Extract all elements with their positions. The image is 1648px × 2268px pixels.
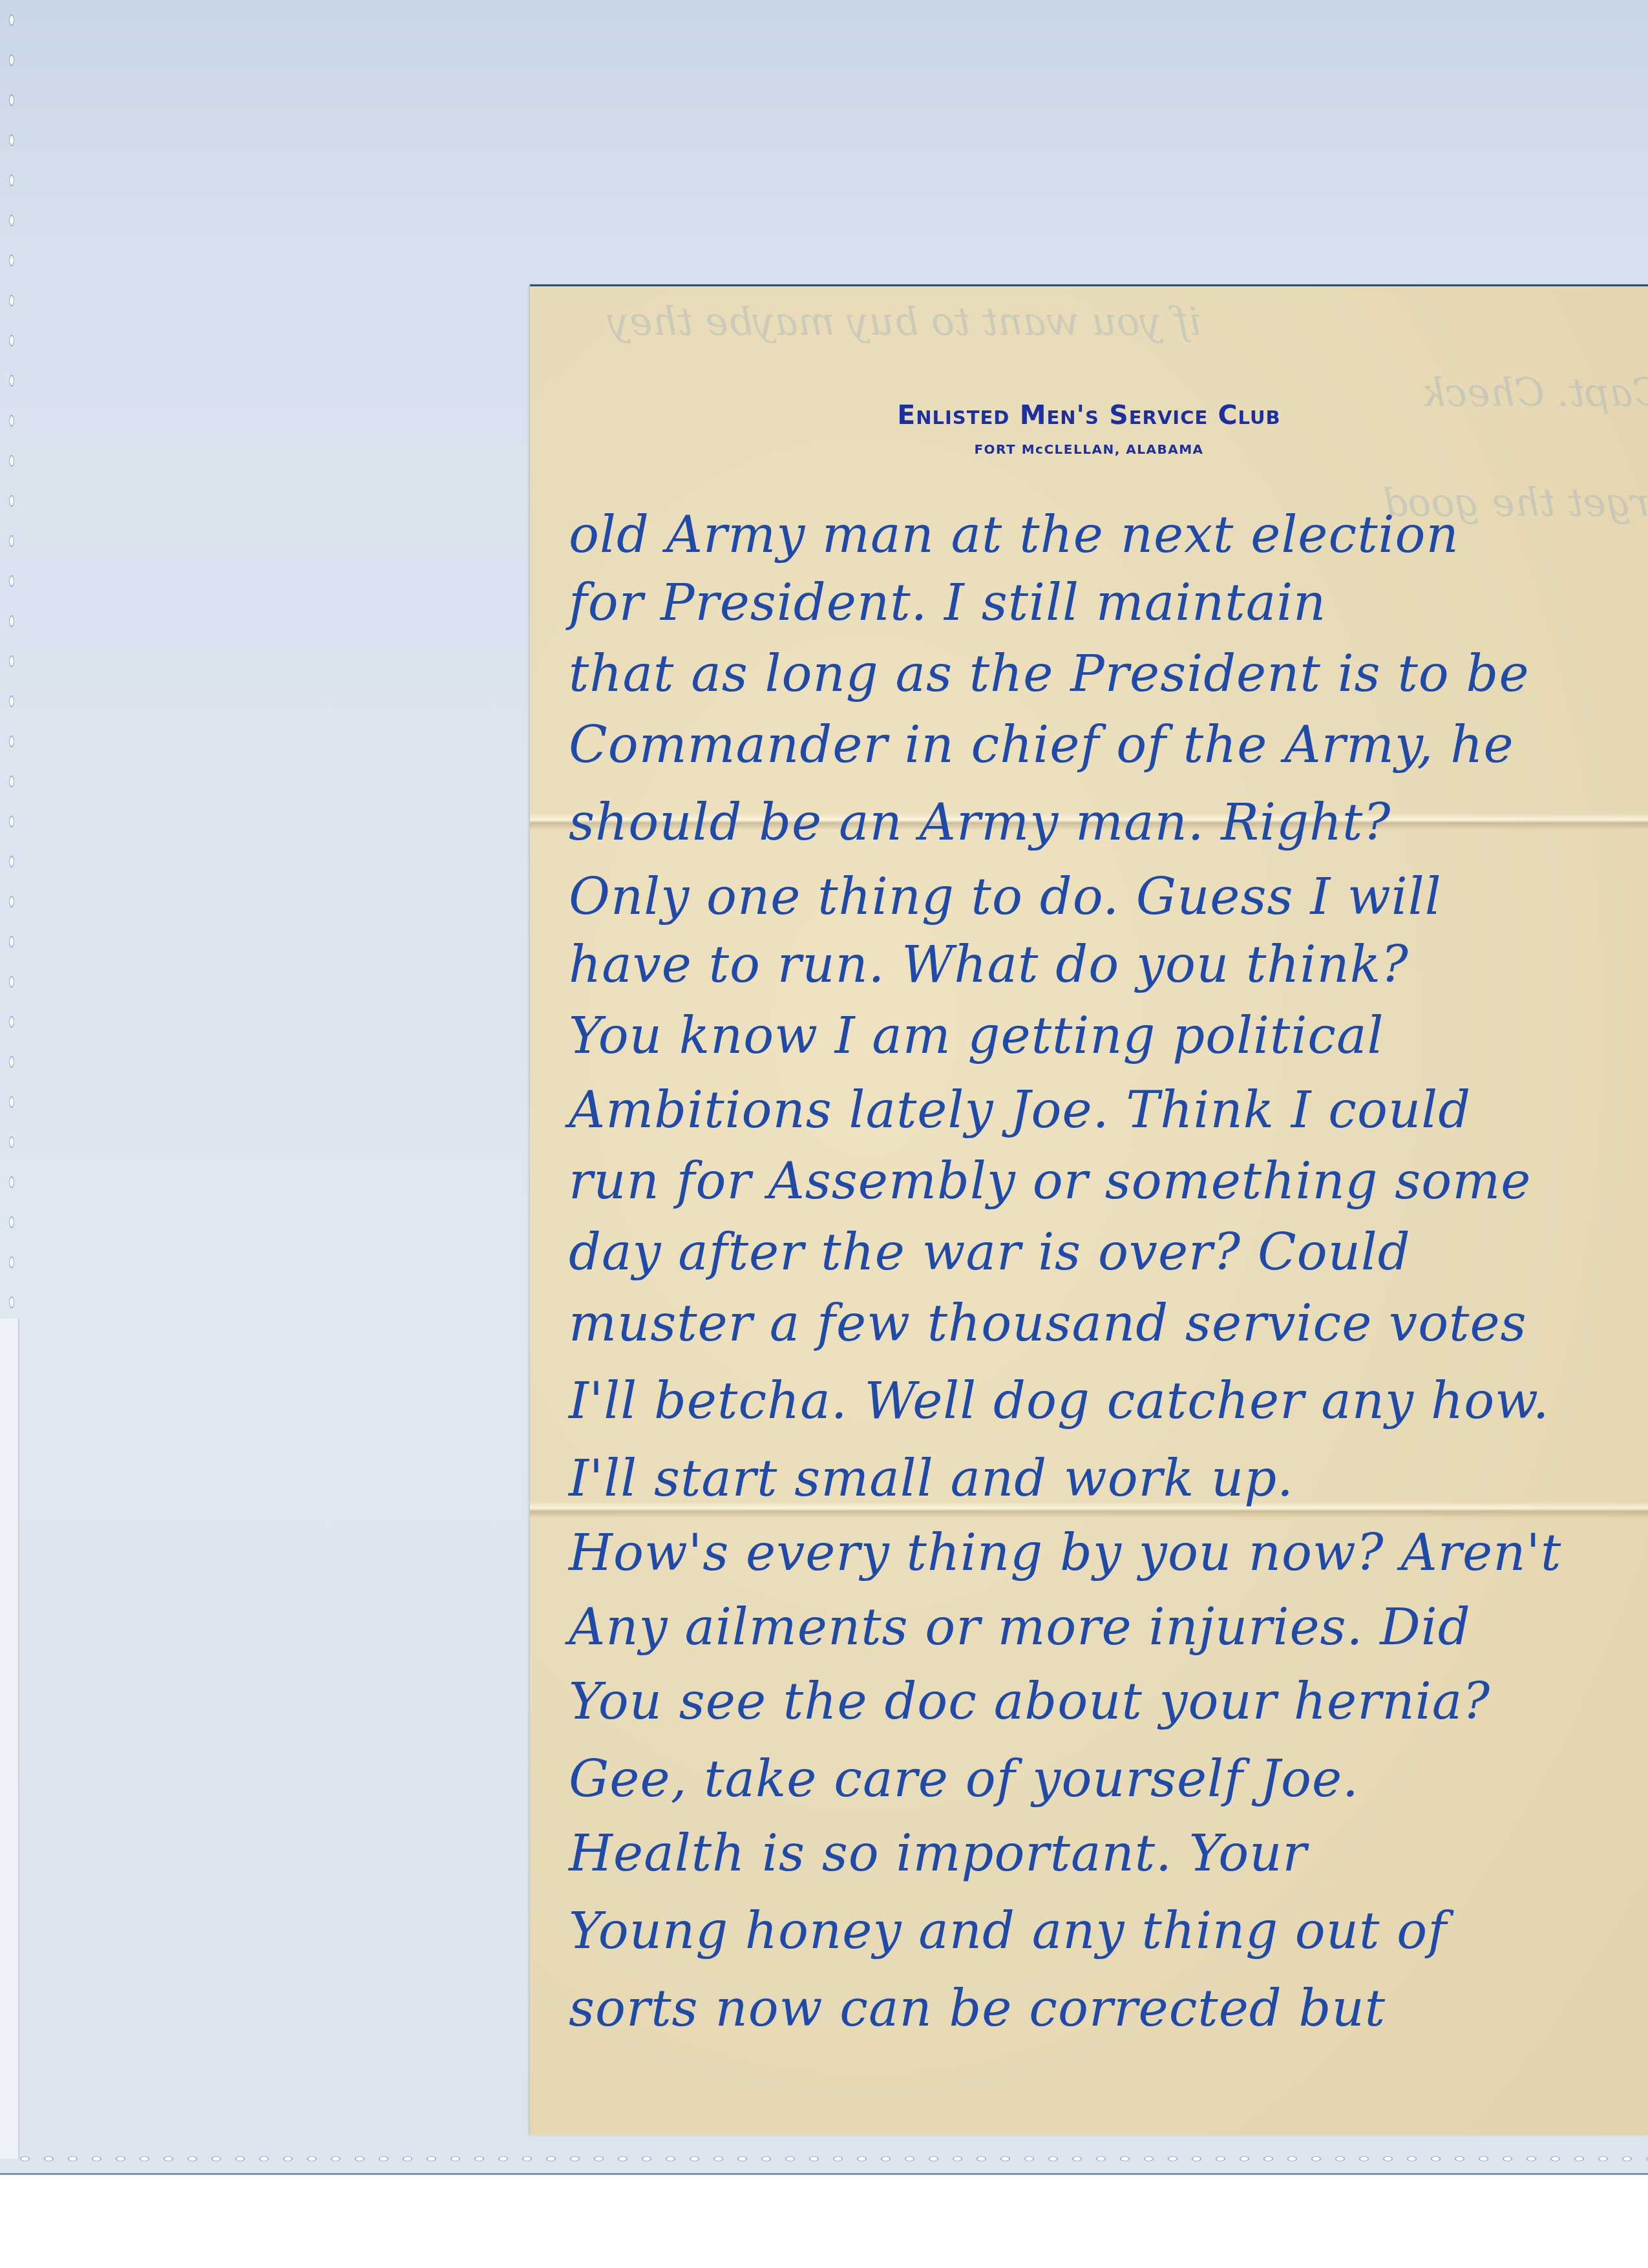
handwritten-line: sorts now can be corrected but [569, 1980, 1616, 2038]
bleed-line: if you want to buy maybe they [607, 299, 1201, 344]
handwritten-line: Health is so important. Your [569, 1825, 1616, 1883]
letterhead-title: Enlisted Men's Service Club [530, 399, 1648, 430]
handwritten-line: Gee, take care of yourself Joe. [569, 1750, 1616, 1808]
handwritten-line: day after the war is over? Could [569, 1224, 1616, 1282]
sleeve-edge [0, 2173, 1648, 2175]
letter-page: if you want to buy maybe they Capt. Chec… [530, 284, 1648, 2135]
handwritten-line: Only one thing to do. Guess I will [569, 868, 1616, 926]
binder-tab [0, 1319, 19, 2159]
handwritten-line: for President. I still maintain [569, 574, 1616, 632]
sleeve-perforation-bottom [13, 2152, 1648, 2165]
handwritten-line: You see the doc about your hernia? [569, 1673, 1616, 1731]
letterhead-location: FORT McCLELLAN, ALABAMA [530, 441, 1648, 457]
handwritten-line: I'll betcha. Well dog catcher any how. [569, 1372, 1616, 1430]
handwritten-line: I'll start small and work up. [569, 1450, 1616, 1508]
handwritten-line: How's every thing by you now? Aren't [569, 1524, 1616, 1582]
handwritten-line: run for Assembly or something some [569, 1152, 1616, 1211]
handwritten-line: Commander in chief of the Army, he [569, 716, 1616, 774]
handwritten-line: You know I am getting political [569, 1007, 1616, 1065]
handwritten-line: muster a few thousand service votes [569, 1295, 1616, 1353]
handwritten-line: Ambitions lately Joe. Think I could [569, 1081, 1616, 1139]
handwritten-line: Young honey and any thing out of [569, 1902, 1616, 1960]
handwritten-line: Any ailments or more injuries. Did [569, 1598, 1616, 1657]
handwritten-line: have to run. What do you think? [569, 936, 1616, 994]
handwritten-line: that as long as the President is to be [569, 645, 1616, 703]
handwritten-line: should be an Army man. Right? [569, 794, 1616, 852]
handwritten-line: old Army man at the next election [569, 506, 1616, 564]
